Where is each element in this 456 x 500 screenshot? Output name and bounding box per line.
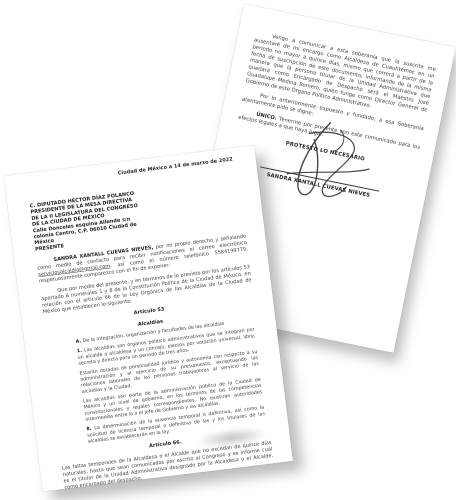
letter-page-1-content: Ciudad de México a 14 de marzo de 2022 C… — [4, 145, 293, 491]
letter-page-1: Ciudad de México a 14 de marzo de 2022 C… — [4, 145, 293, 491]
photo-of-documents: Vengo a comunicar a esta soberanía que l… — [0, 0, 456, 500]
paragraph-faltas-temporales: Las faltas temporales de la Alcaldesa o … — [62, 440, 275, 492]
quote-marker: A. — [75, 338, 81, 344]
